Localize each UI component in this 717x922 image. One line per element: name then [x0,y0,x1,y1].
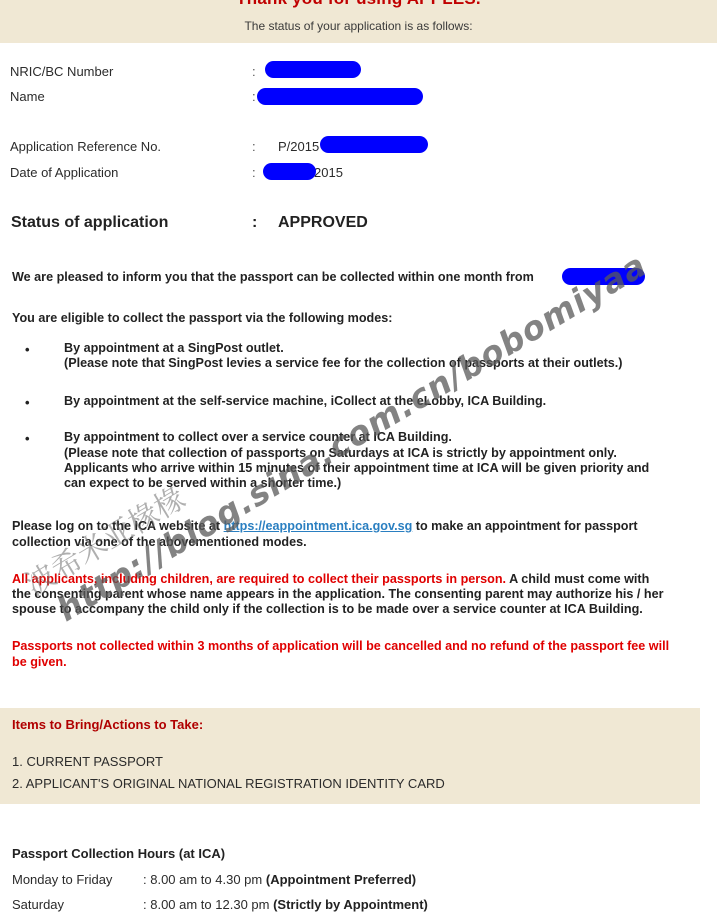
logon-before: Please log on to the ICA website at [12,519,224,533]
date-suffix: 2015 [314,165,343,180]
in-person-line3: spouse to accompany the child only if th… [12,602,643,618]
bullet-icon: • [25,431,30,446]
item-nric-card: 2. APPLICANT'S ORIGINAL NATIONAL REGISTR… [12,776,445,791]
mode-counter-line3: Applicants who arrive within 15 minutes … [64,461,649,477]
in-person-rest: A child must come with [506,572,649,586]
item-current-passport: 1. CURRENT PASSPORT [12,754,163,769]
saturday-note: (Strictly by Appointment) [273,897,428,912]
nric-colon: : [252,64,256,79]
status-colon: : [252,214,257,232]
status-subtitle: The status of your application is as fol… [0,19,717,33]
header-banner: Thank you for using APPLES. The status o… [0,0,717,43]
mode-singpost-line1: By appointment at a SingPost outlet. [64,341,284,357]
collect-date-redaction [562,268,645,285]
mode-counter-line4: can expect to be served within a shorter… [64,476,341,492]
collect-from-text: We are pleased to inform you that the pa… [12,270,534,286]
in-person-line2: the consenting parent whose name appears… [12,587,664,603]
items-title: Items to Bring/Actions to Take: [12,717,203,732]
logon-text-line2: collection via one of the abovementioned… [12,535,307,551]
logon-after: to make an appointment for passport [412,519,637,533]
reference-prefix: P/2015 [278,139,319,154]
mode-singpost-line2: (Please note that SingPost levies a serv… [64,356,622,372]
hours-time-saturday: : 8.00 am to 12.30 pm (Strictly by Appoi… [143,897,428,912]
date-redaction [263,163,316,180]
mode-counter-line2: (Please note that collection of passport… [64,446,617,462]
hours-time-weekday: : 8.00 am to 4.30 pm (Appointment Prefer… [143,872,416,887]
eappointment-link[interactable]: https://eappointment.ica.gov.sg [224,519,413,533]
in-person-notice: All applicants, including children, are … [12,572,649,588]
collection-hours-title: Passport Collection Hours (at ICA) [12,846,225,861]
name-colon: : [252,89,256,104]
status-label: Status of application [11,214,168,232]
mode-counter-line1: By appointment to collect over a service… [64,430,452,446]
nric-label: NRIC/BC Number [10,64,113,79]
thank-you-title: Thank you for using APPLES. [0,0,717,9]
mode-icollect-line1: By appointment at the self-service machi… [64,394,546,410]
weekday-note: (Appointment Preferred) [266,872,416,887]
reference-colon: : [252,139,256,154]
date-label: Date of Application [10,165,118,180]
logon-text: Please log on to the ICA website at http… [12,519,638,535]
bullet-icon: • [25,395,30,410]
saturday-time: : 8.00 am to 12.30 pm [143,897,273,912]
cancellation-warning-line2: be given. [12,655,67,671]
eligible-modes-text: You are eligible to collect the passport… [12,311,392,327]
name-redaction [257,88,423,105]
date-colon: : [252,165,256,180]
hours-day-saturday: Saturday [12,897,64,912]
hours-day-weekday: Monday to Friday [12,872,112,887]
status-badge: APPROVED [278,214,368,232]
weekday-time: : 8.00 am to 4.30 pm [143,872,266,887]
in-person-red-text: All applicants, including children, are … [12,572,506,586]
reference-redaction [320,136,428,153]
name-label: Name [10,89,45,104]
nric-redaction [265,61,361,78]
cancellation-warning-line1: Passports not collected within 3 months … [12,639,669,655]
bullet-icon: • [25,342,30,357]
reference-label: Application Reference No. [10,139,161,154]
